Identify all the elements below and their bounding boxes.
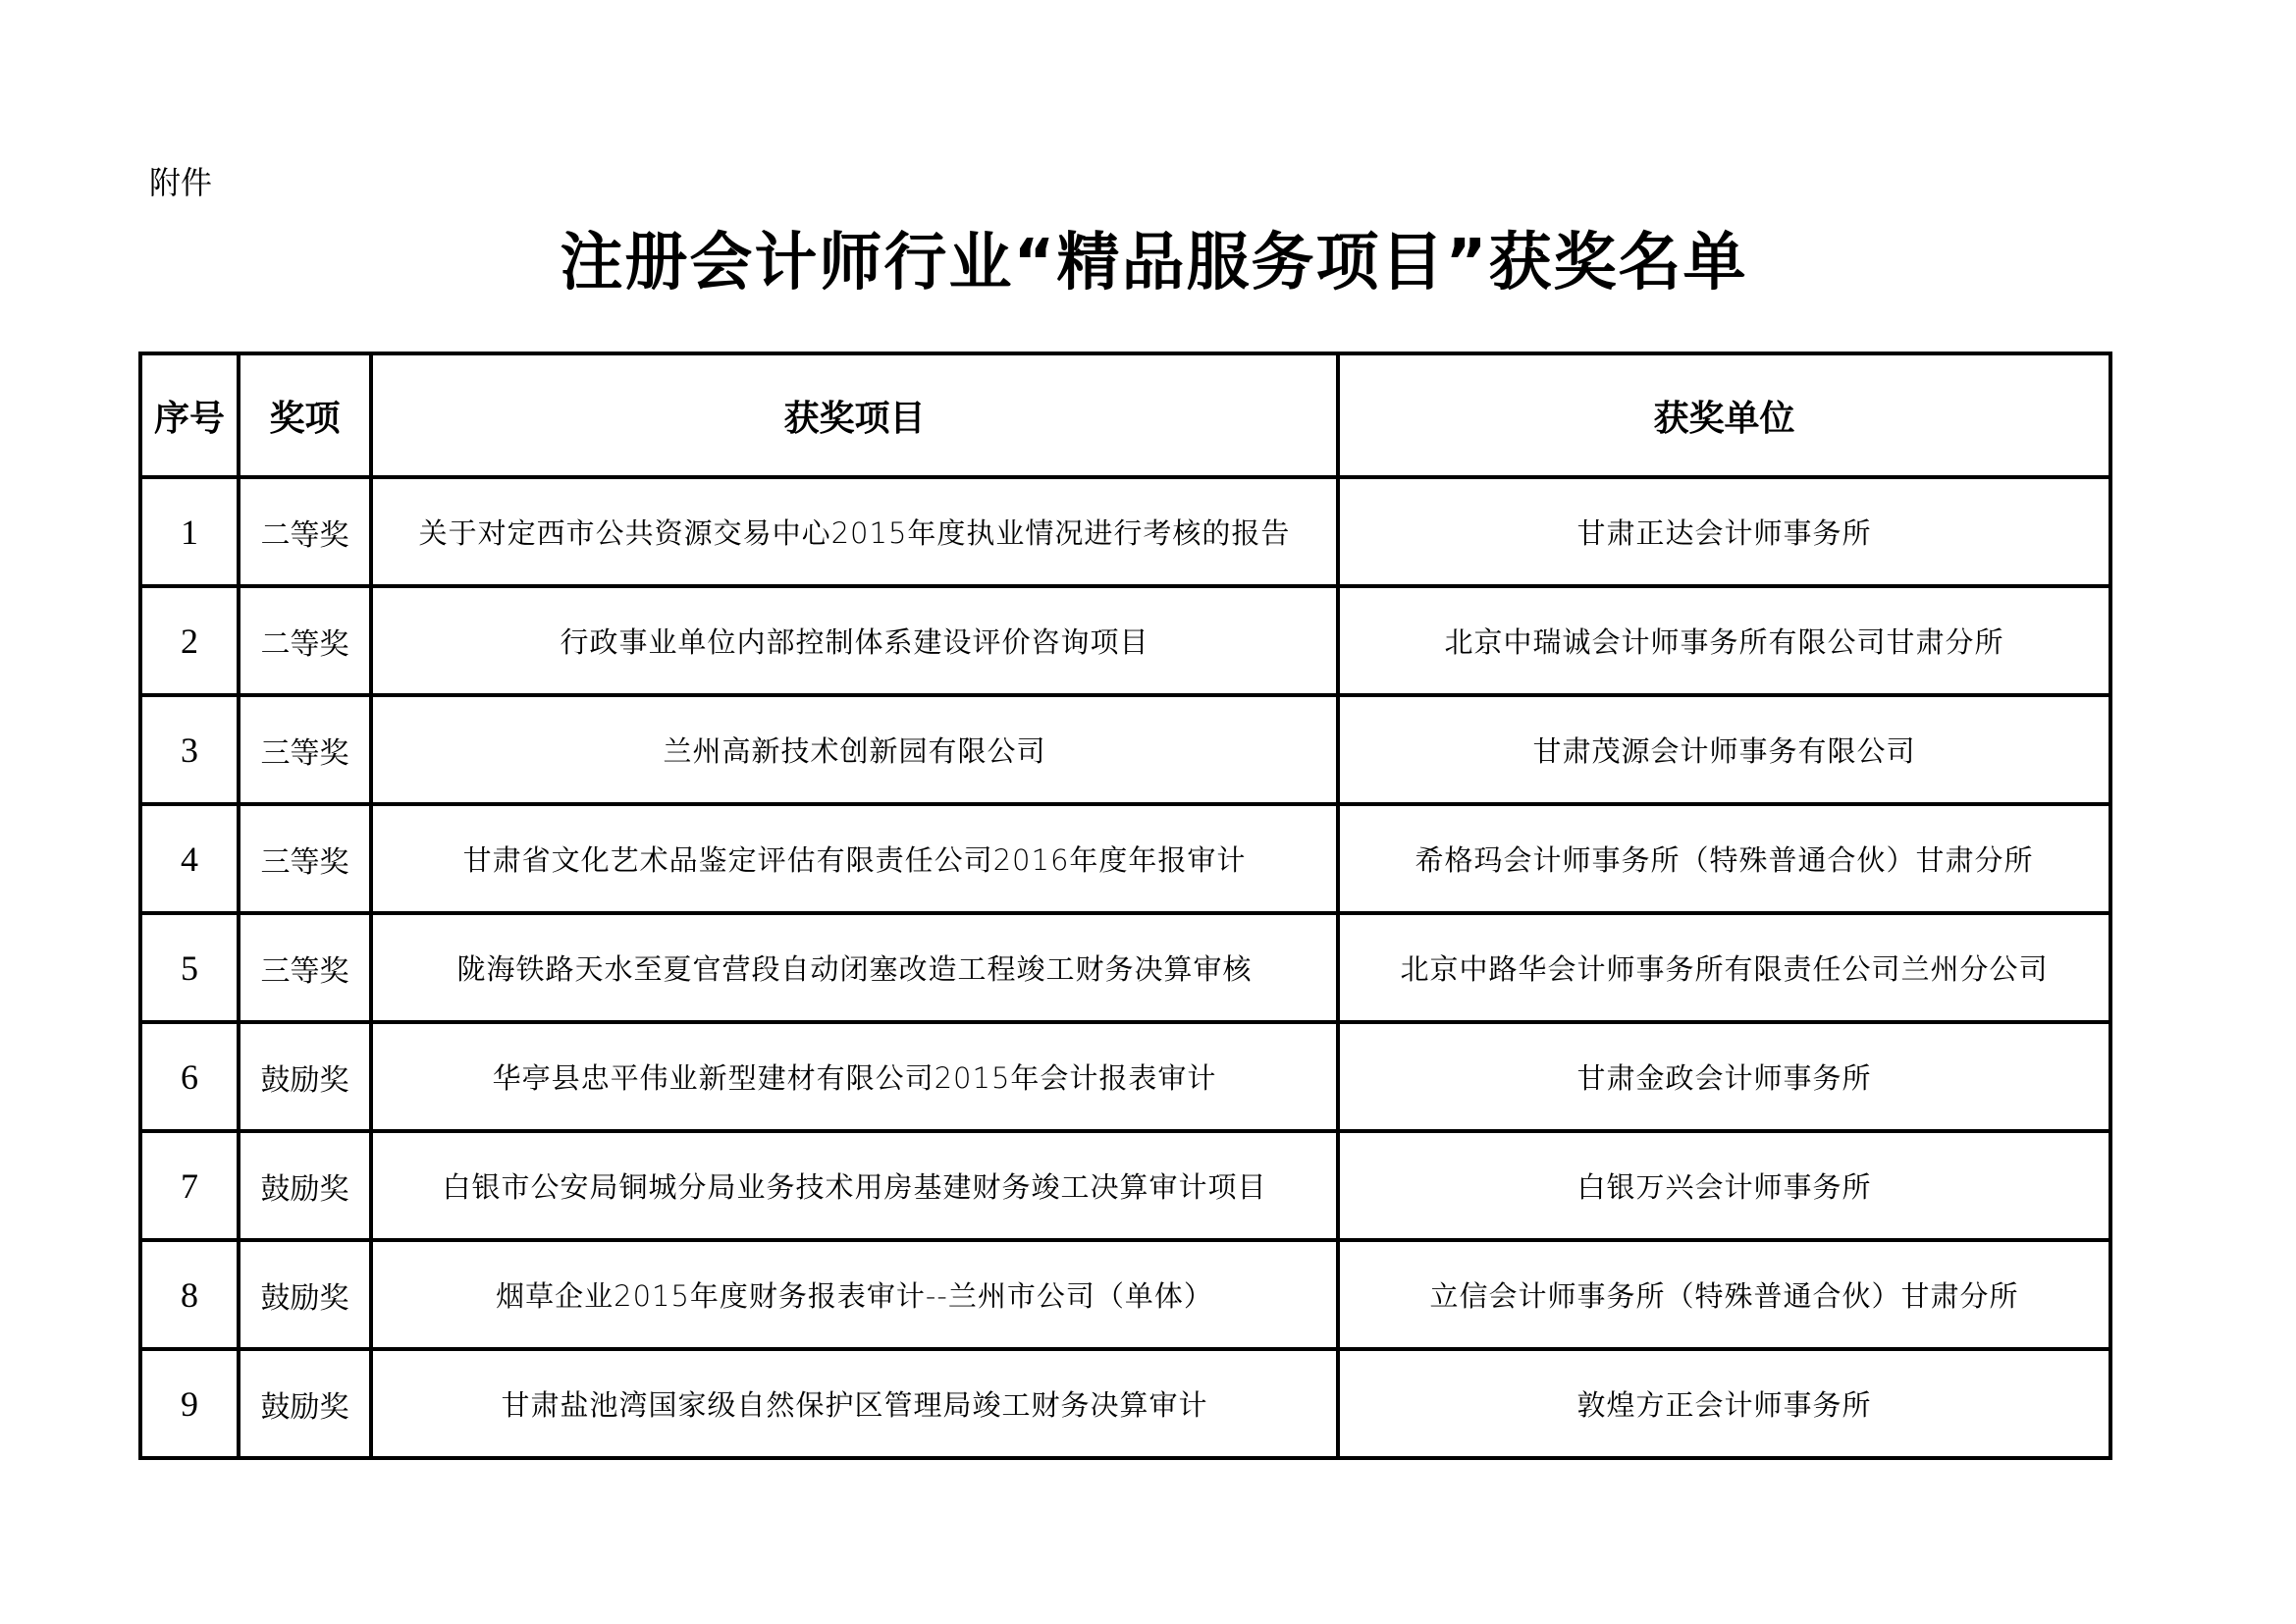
row-number: 8 <box>140 1240 239 1349</box>
award-unit: 敦煌方正会计师事务所 <box>1338 1349 2110 1458</box>
award-level: 鼓励奖 <box>239 1349 371 1458</box>
award-project: 关于对定西市公共资源交易中心2015年度执业情况进行考核的报告 <box>371 477 1338 586</box>
award-project: 甘肃盐池湾国家级自然保护区管理局竣工财务决算审计 <box>371 1349 1338 1458</box>
table-row: 9 鼓励奖 甘肃盐池湾国家级自然保护区管理局竣工财务决算审计 敦煌方正会计师事务… <box>140 1349 2110 1458</box>
header-unit: 获奖单位 <box>1338 353 2110 477</box>
award-level: 鼓励奖 <box>239 1131 371 1240</box>
attachment-label: 附件 <box>149 163 212 202</box>
award-unit: 甘肃正达会计师事务所 <box>1338 477 2110 586</box>
award-level: 三等奖 <box>239 695 371 804</box>
header-project: 获奖项目 <box>371 353 1338 477</box>
table-row: 8 鼓励奖 烟草企业2015年度财务报表审计--兰州市公司（单体） 立信会计师事… <box>140 1240 2110 1349</box>
table-row: 7 鼓励奖 白银市公安局铜城分局业务技术用房基建财务竣工决算审计项目 白银万兴会… <box>140 1131 2110 1240</box>
award-unit: 立信会计师事务所（特殊普通合伙）甘肃分所 <box>1338 1240 2110 1349</box>
row-number: 4 <box>140 804 239 913</box>
award-list-table: 序号 奖项 获奖项目 获奖单位 1 二等奖 关于对定西市公共资源交易中心2015… <box>138 352 2112 1460</box>
award-project: 兰州高新技术创新园有限公司 <box>371 695 1338 804</box>
row-number: 6 <box>140 1022 239 1131</box>
table-row: 3 三等奖 兰州高新技术创新园有限公司 甘肃茂源会计师事务有限公司 <box>140 695 2110 804</box>
award-level: 二等奖 <box>239 586 371 695</box>
award-unit: 甘肃金政会计师事务所 <box>1338 1022 2110 1131</box>
award-project: 白银市公安局铜城分局业务技术用房基建财务竣工决算审计项目 <box>371 1131 1338 1240</box>
award-unit: 北京中瑞诚会计师事务所有限公司甘肃分所 <box>1338 586 2110 695</box>
table-row: 1 二等奖 关于对定西市公共资源交易中心2015年度执业情况进行考核的报告 甘肃… <box>140 477 2110 586</box>
table-row: 5 三等奖 陇海铁路天水至夏官营段自动闭塞改造工程竣工财务决算审核 北京中路华会… <box>140 913 2110 1022</box>
row-number: 5 <box>140 913 239 1022</box>
award-project: 行政事业单位内部控制体系建设评价咨询项目 <box>371 586 1338 695</box>
award-project: 华亭县忠平伟业新型建材有限公司2015年会计报表审计 <box>371 1022 1338 1131</box>
award-project: 烟草企业2015年度财务报表审计--兰州市公司（单体） <box>371 1240 1338 1349</box>
award-project: 陇海铁路天水至夏官营段自动闭塞改造工程竣工财务决算审核 <box>371 913 1338 1022</box>
row-number: 9 <box>140 1349 239 1458</box>
award-unit: 白银万兴会计师事务所 <box>1338 1131 2110 1240</box>
award-level: 三等奖 <box>239 804 371 913</box>
header-no: 序号 <box>140 353 239 477</box>
row-number: 3 <box>140 695 239 804</box>
award-level: 三等奖 <box>239 913 371 1022</box>
document-title: 注册会计师行业“精品服务项目”获奖名单 <box>0 224 2296 302</box>
award-unit: 甘肃茂源会计师事务有限公司 <box>1338 695 2110 804</box>
row-number: 1 <box>140 477 239 586</box>
table-row: 2 二等奖 行政事业单位内部控制体系建设评价咨询项目 北京中瑞诚会计师事务所有限… <box>140 586 2110 695</box>
table-row: 4 三等奖 甘肃省文化艺术品鉴定评估有限责任公司2016年度年报审计 希格玛会计… <box>140 804 2110 913</box>
header-award: 奖项 <box>239 353 371 477</box>
table-row: 6 鼓励奖 华亭县忠平伟业新型建材有限公司2015年会计报表审计 甘肃金政会计师… <box>140 1022 2110 1131</box>
table-header-row: 序号 奖项 获奖项目 获奖单位 <box>140 353 2110 477</box>
row-number: 2 <box>140 586 239 695</box>
row-number: 7 <box>140 1131 239 1240</box>
award-level: 鼓励奖 <box>239 1240 371 1349</box>
award-level: 鼓励奖 <box>239 1022 371 1131</box>
award-unit: 希格玛会计师事务所（特殊普通合伙）甘肃分所 <box>1338 804 2110 913</box>
award-unit: 北京中路华会计师事务所有限责任公司兰州分公司 <box>1338 913 2110 1022</box>
award-project: 甘肃省文化艺术品鉴定评估有限责任公司2016年度年报审计 <box>371 804 1338 913</box>
award-level: 二等奖 <box>239 477 371 586</box>
